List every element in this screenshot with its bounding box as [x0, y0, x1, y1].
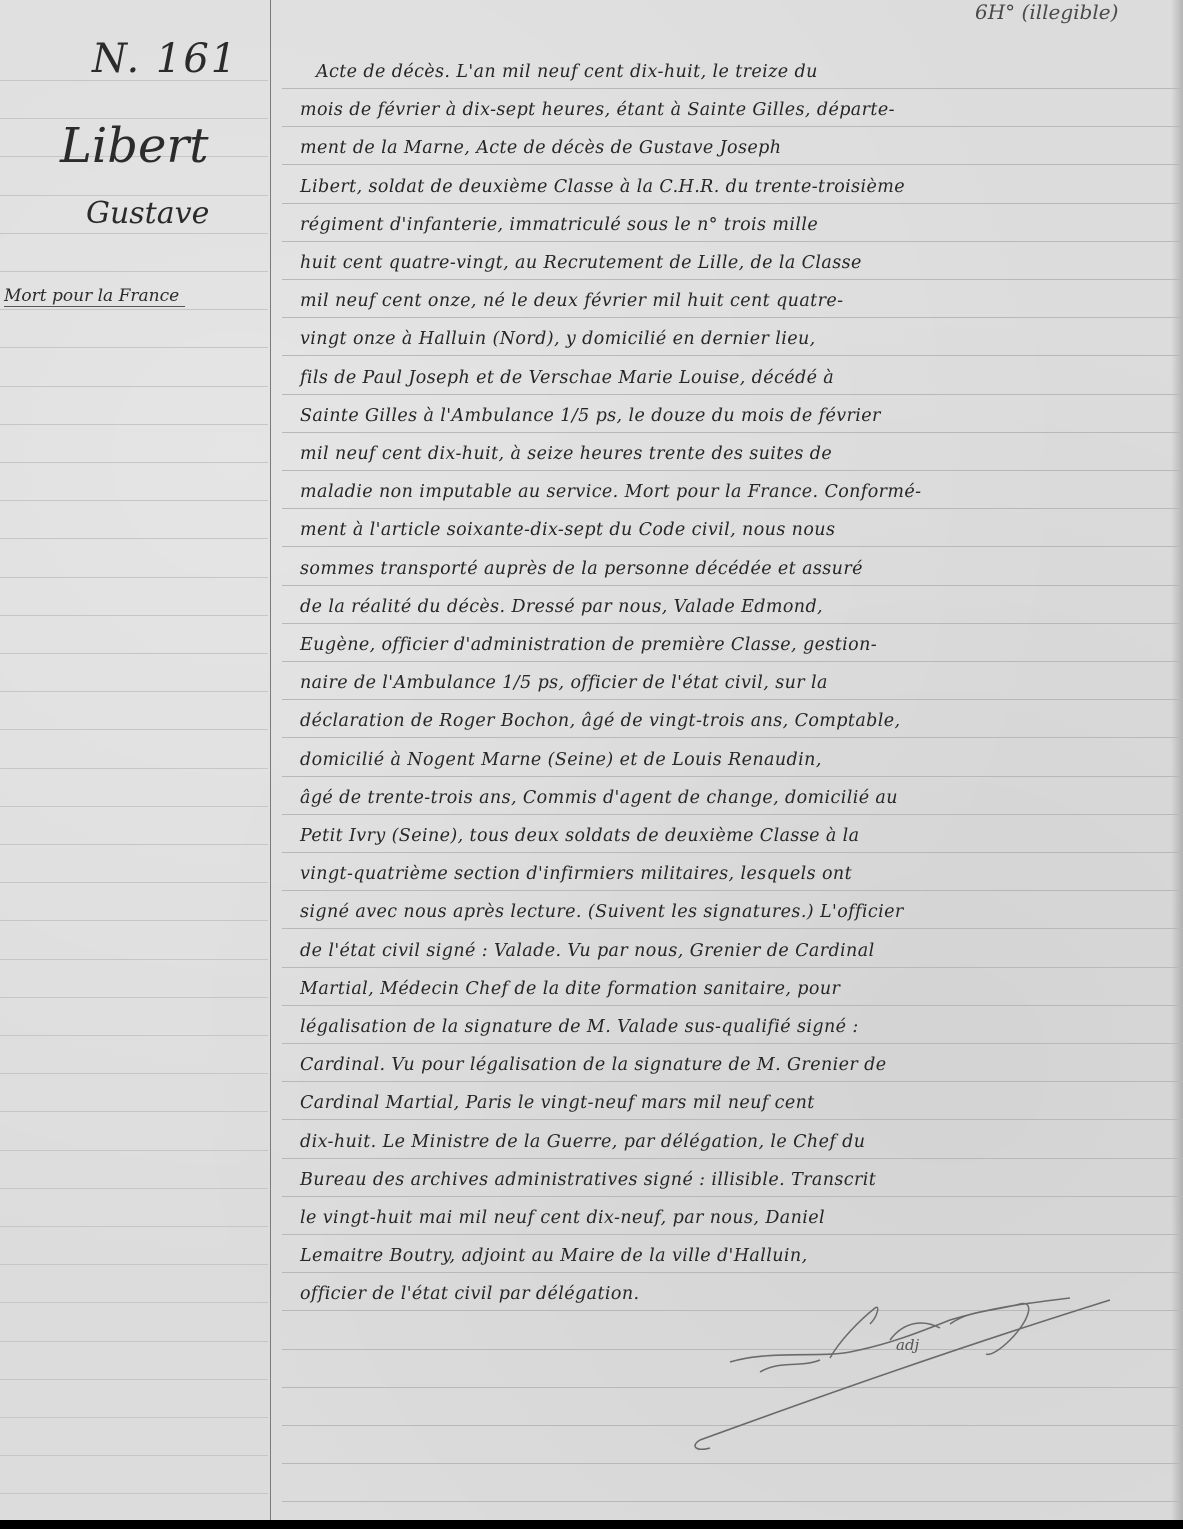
ruled-line — [282, 355, 1183, 356]
margin-ruled-line — [0, 1188, 268, 1189]
ruled-line — [282, 126, 1183, 127]
margin-ruled-line — [0, 806, 268, 807]
mort-pour-la-france-mention: Mort pour la France — [4, 286, 185, 307]
record-text-line: fils de Paul Joseph et de Verschae Marie… — [300, 368, 834, 388]
margin-ruled-line — [0, 691, 268, 692]
margin-ruled-line — [0, 729, 268, 730]
official-signature-icon — [690, 1280, 1130, 1450]
ruled-line — [282, 164, 1183, 165]
margin-ruled-line — [0, 1302, 268, 1303]
margin-ruled-line — [0, 1455, 268, 1456]
ruled-line — [282, 470, 1183, 471]
margin-ruled-line — [0, 577, 268, 578]
record-text-line: le vingt-huit mai mil neuf cent dix-neuf… — [300, 1208, 825, 1228]
ruled-line — [282, 967, 1183, 968]
ruled-line — [282, 1005, 1183, 1006]
ruled-line — [282, 1158, 1183, 1159]
ruled-line — [282, 317, 1183, 318]
signature-caption: adj — [896, 1336, 919, 1354]
margin-ruled-line — [0, 347, 268, 348]
margin-ruled-line — [0, 386, 268, 387]
margin-ruled-line — [0, 1035, 268, 1036]
ruled-line — [282, 394, 1183, 395]
margin-ruled-line — [0, 462, 268, 463]
record-text-line: Cardinal. Vu pour légalisation de la sig… — [300, 1055, 886, 1075]
margin-ruled-line — [0, 1150, 268, 1151]
record-text-line: Libert, soldat de deuxième Classe à la C… — [300, 177, 905, 197]
ruled-line — [282, 776, 1183, 777]
ruled-line — [282, 1196, 1183, 1197]
register-page: 6H° (illegible) N. 161 Libert Gustave Mo… — [0, 0, 1183, 1520]
margin-ruled-line — [0, 309, 268, 310]
entry-number: N. 161 — [92, 36, 238, 82]
ruled-line — [282, 508, 1183, 509]
margin-ruled-line — [0, 1073, 268, 1074]
margin-ruled-line — [0, 653, 268, 654]
record-text-line: Cardinal Martial, Paris le vingt-neuf ma… — [300, 1093, 815, 1113]
margin-ruled-line — [0, 538, 268, 539]
ruled-line — [282, 737, 1183, 738]
ruled-line — [282, 928, 1183, 929]
margin-ruled-line — [0, 615, 268, 616]
margin-ruled-line — [0, 1341, 268, 1342]
record-text-line: vingt onze à Halluin (Nord), y domicilié… — [300, 329, 816, 349]
ruled-line — [282, 1463, 1183, 1464]
record-text-line: ment de la Marne, Acte de décès de Gusta… — [300, 138, 781, 158]
ruled-line — [282, 852, 1183, 853]
ruled-line — [282, 623, 1183, 624]
record-text-line: vingt-quatrième section d'infirmiers mil… — [300, 864, 852, 884]
ruled-line — [282, 1501, 1183, 1502]
margin-ruled-line — [0, 768, 268, 769]
margin-ruled-line — [0, 424, 268, 425]
deceased-given-name: Gustave — [86, 196, 209, 231]
margin-ruled-line — [0, 500, 268, 501]
record-text-line: huit cent quatre-vingt, au Recrutement d… — [300, 253, 862, 273]
margin-ruled-line — [0, 1417, 268, 1418]
record-text-line: domicilié à Nogent Marne (Seine) et de L… — [300, 750, 822, 770]
record-text-line: ment à l'article soixante-dix-sept du Co… — [300, 520, 835, 540]
margin-ruled-line — [0, 959, 268, 960]
record-text-line: Sainte Gilles à l'Ambulance 1/5 ps, le d… — [300, 406, 881, 426]
ruled-line — [282, 1272, 1183, 1273]
record-text-line: Bureau des archives administratives sign… — [300, 1170, 876, 1190]
margin-ruled-line — [0, 271, 268, 272]
record-text-line: sommes transporté auprès de la personne … — [300, 559, 863, 579]
margin-ruled-line — [0, 1264, 268, 1265]
margin-ruled-line — [0, 1379, 268, 1380]
record-text-line: mil neuf cent onze, né le deux février m… — [300, 291, 843, 311]
record-text-line: maladie non imputable au service. Mort p… — [300, 482, 921, 502]
record-text-line: Acte de décès. L'an mil neuf cent dix-hu… — [316, 62, 818, 82]
ruled-line — [282, 1234, 1183, 1235]
margin-ruled-line — [0, 882, 268, 883]
ruled-line — [282, 814, 1183, 815]
record-text-line: Lemaitre Boutry, adjoint au Maire de la … — [300, 1246, 808, 1266]
margin-ruled-line — [0, 1493, 268, 1494]
margin-ruled-line — [0, 1111, 268, 1112]
ruled-line — [282, 1043, 1183, 1044]
record-text-line: mil neuf cent dix-huit, à seize heures t… — [300, 444, 832, 464]
record-text-line: déclaration de Roger Bochon, âgé de ving… — [300, 711, 900, 731]
margin-ruled-line — [0, 844, 268, 845]
record-text-line: âgé de trente-trois ans, Commis d'agent … — [300, 788, 898, 808]
ruled-line — [282, 1081, 1183, 1082]
record-text-line: de la réalité du décès. Dressé par nous,… — [300, 597, 823, 617]
ruled-line — [282, 203, 1183, 204]
record-text-line: dix-huit. Le Ministre de la Guerre, par … — [300, 1132, 865, 1152]
ruled-line — [282, 661, 1183, 662]
ruled-line — [282, 241, 1183, 242]
ruled-line — [282, 585, 1183, 586]
ruled-line — [282, 88, 1183, 89]
margin-ruled-line — [0, 233, 268, 234]
record-text-line: mois de février à dix-sept heures, étant… — [300, 100, 895, 120]
ruled-line — [282, 279, 1183, 280]
page-edge-shadow — [1171, 0, 1183, 1520]
record-text-line: Martial, Médecin Chef de la dite formati… — [300, 979, 840, 999]
ruled-line — [282, 546, 1183, 547]
ruled-line — [282, 890, 1183, 891]
record-text-line: officier de l'état civil par délégation. — [300, 1284, 639, 1304]
record-text-line: Petit Ivry (Seine), tous deux soldats de… — [300, 826, 860, 846]
record-text-line: régiment d'infanterie, immatriculé sous … — [300, 215, 818, 235]
margin-rule — [270, 0, 271, 1520]
record-text-line: signé avec nous après lecture. (Suivent … — [300, 902, 904, 922]
ruled-line — [282, 699, 1183, 700]
record-text-line: de l'état civil signé : Valade. Vu par n… — [300, 941, 875, 961]
record-text-line: légalisation de la signature de M. Valad… — [300, 1017, 859, 1037]
deceased-surname: Libert — [60, 118, 209, 174]
ruled-line — [282, 432, 1183, 433]
margin-ruled-line — [0, 1226, 268, 1227]
margin-ruled-line — [0, 997, 268, 998]
margin-ruled-line — [0, 920, 268, 921]
record-text-line: naire de l'Ambulance 1/5 ps, officier de… — [300, 673, 828, 693]
corner-reference: 6H° (illegible) — [975, 0, 1118, 24]
record-text-line: Eugène, officier d'administration de pre… — [300, 635, 877, 655]
ruled-line — [282, 1119, 1183, 1120]
